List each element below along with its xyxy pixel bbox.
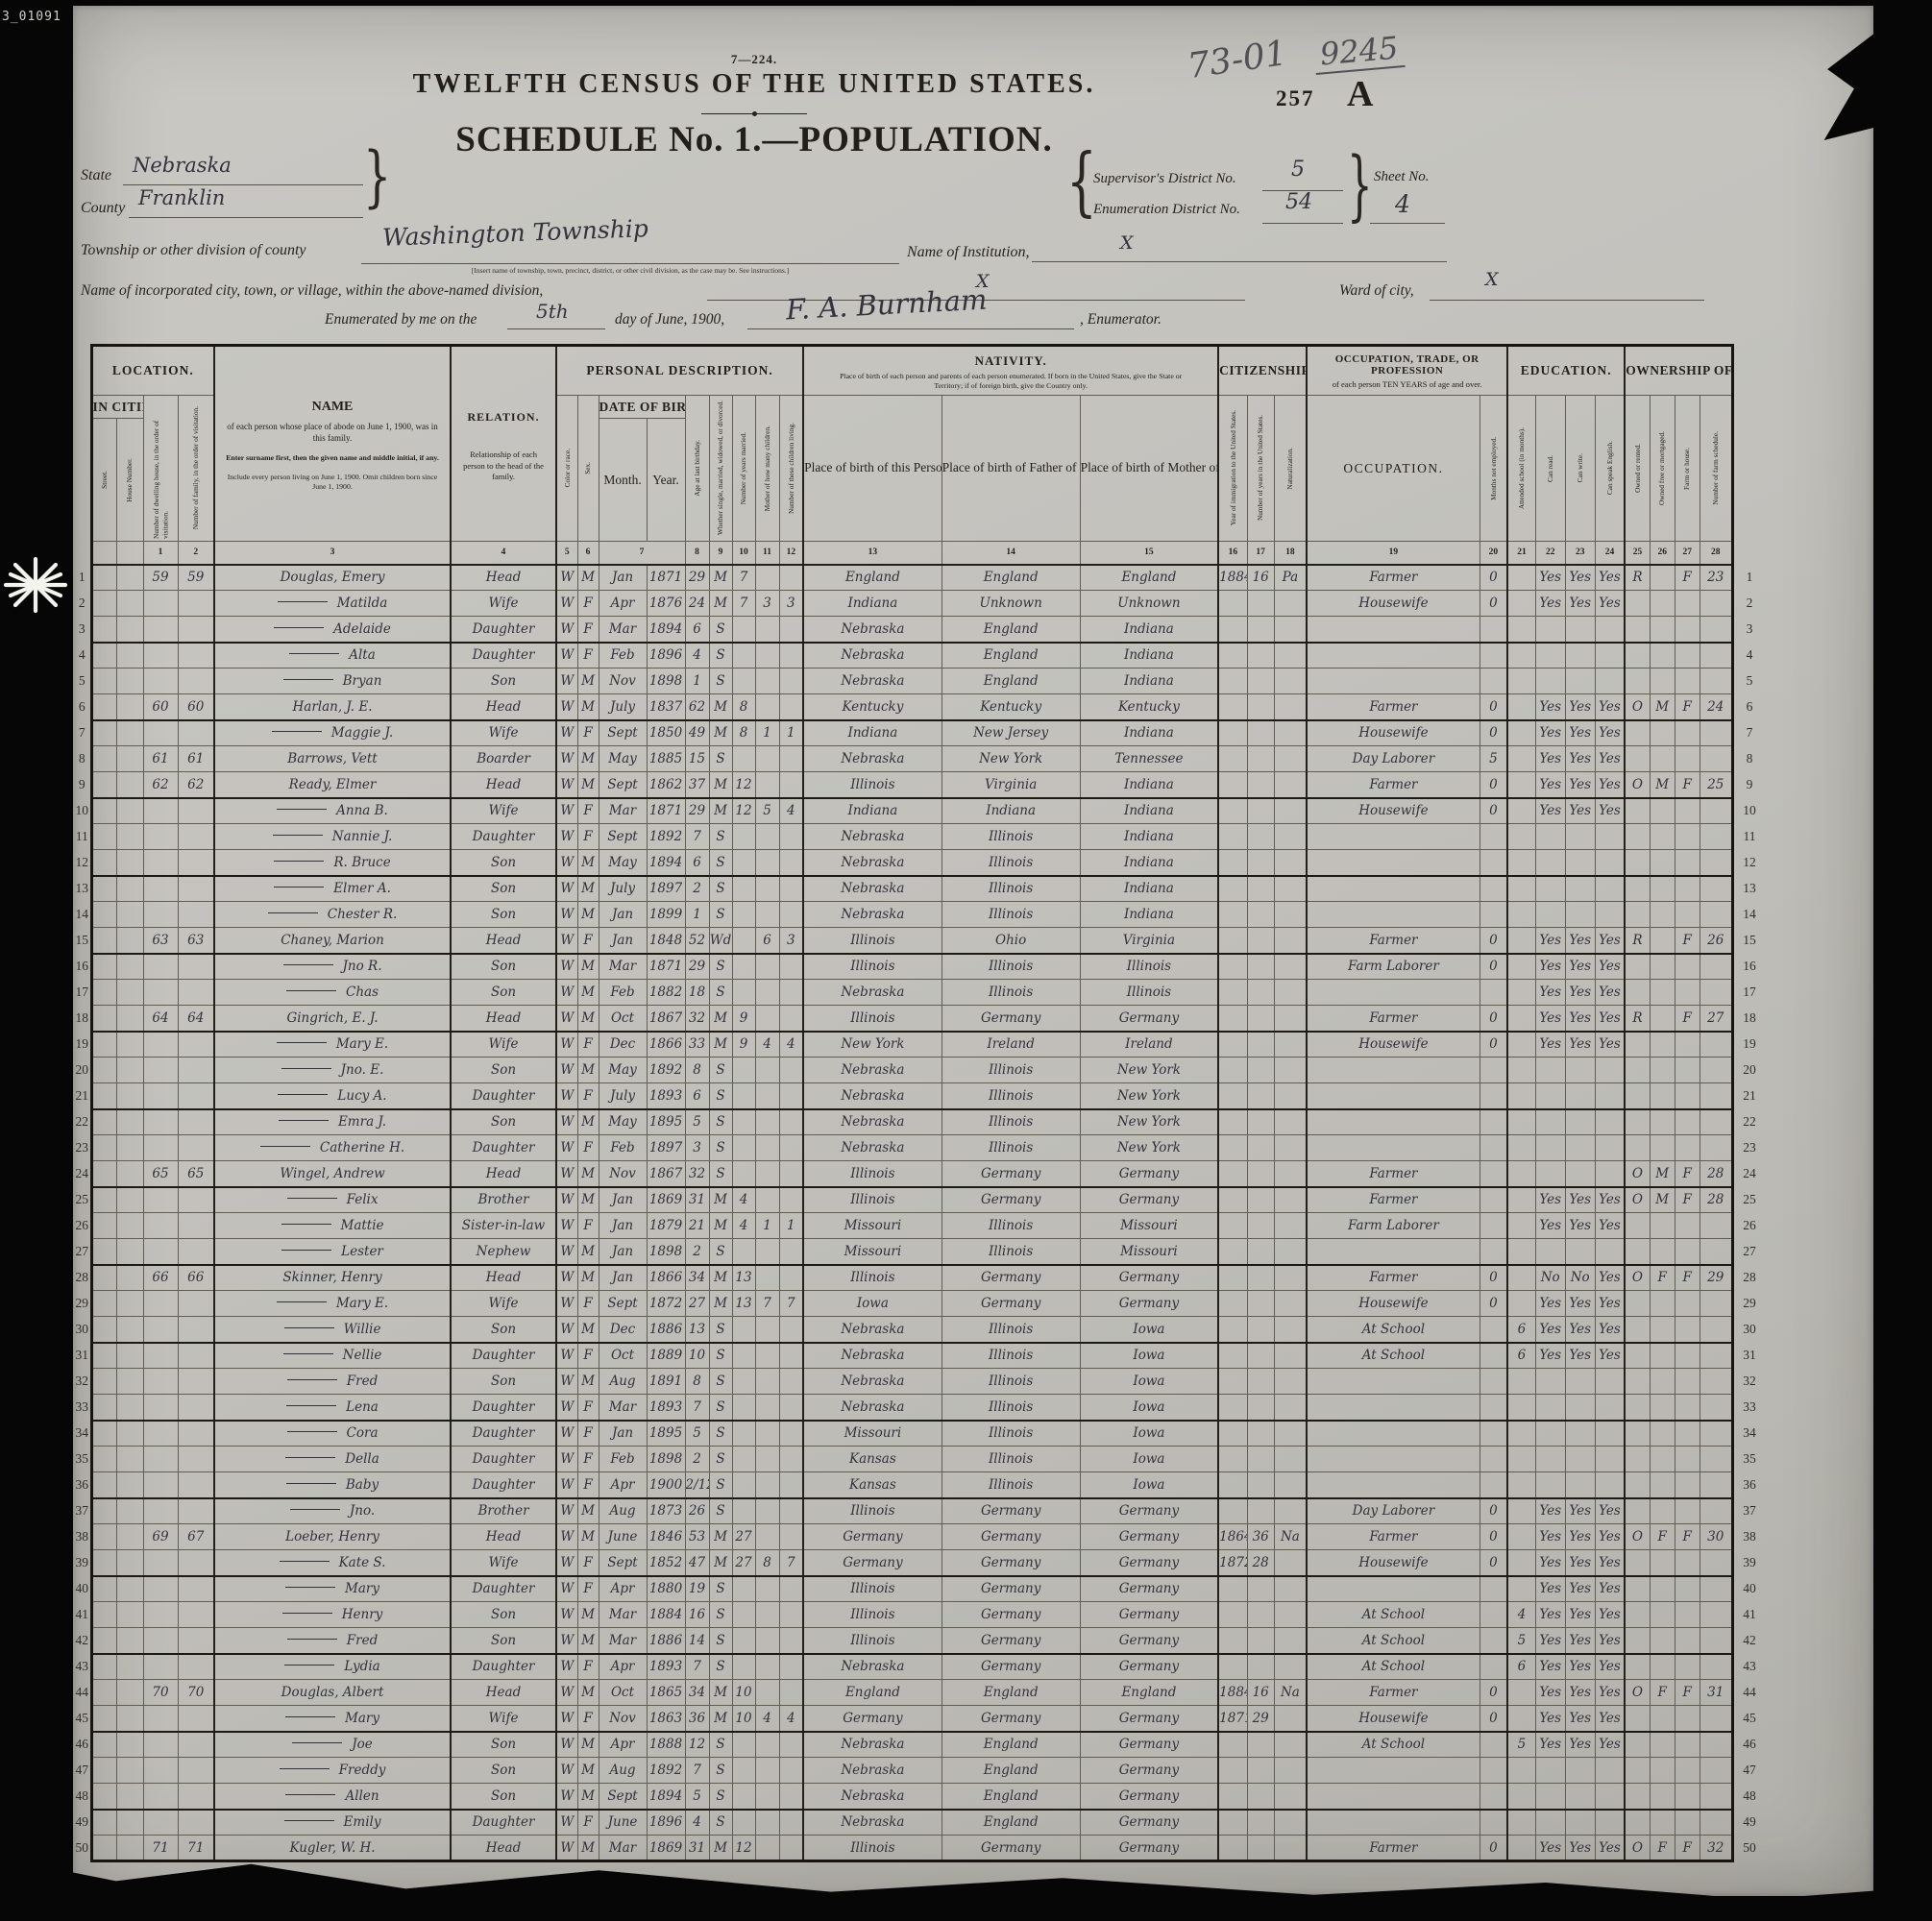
cell-wr bbox=[1565, 876, 1595, 902]
city-label: Name of incorporated city, town, or vill… bbox=[81, 282, 543, 300]
col-header-farm-schedule: Number of farm schedule. bbox=[1700, 396, 1732, 542]
sheet-line bbox=[1370, 223, 1445, 224]
cell-house bbox=[116, 1369, 143, 1395]
cell-mort: F bbox=[1650, 1680, 1675, 1706]
cell-iy bbox=[1218, 1213, 1247, 1239]
cell-ym bbox=[732, 824, 755, 850]
cell-own bbox=[1625, 1758, 1650, 1784]
cell-name: Baby bbox=[214, 1472, 451, 1498]
cell-mort bbox=[1650, 1083, 1675, 1109]
cell-fs bbox=[1700, 1447, 1732, 1472]
cell-pm: Tennessee bbox=[1080, 746, 1218, 772]
cell-yu bbox=[1247, 1472, 1274, 1498]
cell-mo: Mar bbox=[599, 1602, 647, 1628]
cell-mo: Sept bbox=[599, 720, 647, 746]
cell-sc bbox=[1507, 746, 1535, 772]
cell-house bbox=[116, 1265, 143, 1291]
cell-pf: Illinois bbox=[942, 1472, 1080, 1498]
cell-cl bbox=[779, 980, 803, 1006]
cell-street bbox=[91, 1576, 116, 1602]
cell-rd: Yes bbox=[1535, 720, 1565, 746]
cell-c: W bbox=[556, 1550, 577, 1576]
cell-f: 61 bbox=[178, 746, 214, 772]
cell-d bbox=[143, 1810, 178, 1836]
cell-yu bbox=[1247, 980, 1274, 1006]
cell-rel: Son bbox=[451, 850, 556, 876]
cell-cl bbox=[779, 1784, 803, 1810]
cell-yr: 1889 bbox=[647, 1343, 685, 1369]
census-table: LOCATION. NAME of each person whose plac… bbox=[74, 344, 1765, 1862]
cell-yu bbox=[1247, 1213, 1274, 1239]
cell-oc bbox=[1307, 643, 1480, 669]
cell-f bbox=[178, 591, 214, 617]
cell-own: O bbox=[1625, 1836, 1650, 1861]
cell-fs: 24 bbox=[1700, 694, 1732, 720]
table-row: 41HenrySonWMMar188416SIllinoisGermanyGer… bbox=[74, 1602, 1765, 1628]
name-title: NAME bbox=[215, 400, 450, 415]
line-number-right: 26 bbox=[1732, 1213, 1765, 1239]
cell-wr: Yes bbox=[1565, 1006, 1595, 1032]
cell-fs bbox=[1700, 1732, 1732, 1758]
cell-f bbox=[178, 1395, 214, 1421]
cell-cl bbox=[779, 1343, 803, 1369]
cell-cl bbox=[779, 1109, 803, 1135]
cell-own bbox=[1625, 1135, 1650, 1161]
cell-fh: F bbox=[1675, 1006, 1700, 1032]
group-education: EDUCATION. bbox=[1507, 346, 1625, 396]
cell-c: W bbox=[556, 591, 577, 617]
cell-name: Douglas, Albert bbox=[214, 1680, 451, 1706]
line-number-left: 49 bbox=[74, 1810, 91, 1836]
cell-f bbox=[178, 798, 214, 824]
cell-rd bbox=[1535, 902, 1565, 928]
line-number-right: 41 bbox=[1732, 1602, 1765, 1628]
cell-ym: 9 bbox=[732, 1006, 755, 1032]
table-row: 186464Gingrich, E. J.HeadWMOct186732M9Il… bbox=[74, 1006, 1765, 1032]
cell-mo: Feb bbox=[599, 980, 647, 1006]
cell-oc: Farmer bbox=[1307, 1836, 1480, 1861]
cell-f bbox=[178, 1317, 214, 1343]
cell-sc bbox=[1507, 1187, 1535, 1213]
cell-name: Mary E. bbox=[214, 1032, 451, 1058]
cell-iy bbox=[1218, 1291, 1247, 1317]
cell-rd bbox=[1535, 824, 1565, 850]
cell-rel: Daughter bbox=[451, 617, 556, 643]
cell-pf: Illinois bbox=[942, 876, 1080, 902]
col-header-school: Attended school (in months). bbox=[1507, 396, 1535, 542]
cell-yu bbox=[1247, 1109, 1274, 1135]
cell-s: M bbox=[577, 850, 599, 876]
cell-m: S bbox=[709, 1732, 732, 1758]
cell-age: 6 bbox=[685, 617, 709, 643]
cell-en: Yes bbox=[1595, 565, 1625, 591]
cell-wr: Yes bbox=[1565, 694, 1595, 720]
cell-en bbox=[1595, 1758, 1625, 1784]
cell-house bbox=[116, 1395, 143, 1421]
cell-rd: Yes bbox=[1535, 1706, 1565, 1732]
cell-sc bbox=[1507, 1083, 1535, 1109]
cell-mc bbox=[755, 1421, 779, 1447]
line-number-left: 37 bbox=[74, 1498, 91, 1524]
cell-sc bbox=[1507, 1213, 1535, 1239]
cell-ym bbox=[732, 1058, 755, 1083]
cell-street bbox=[91, 1032, 116, 1058]
cell-fh bbox=[1675, 1213, 1700, 1239]
cell-c: W bbox=[556, 850, 577, 876]
line-number-left: 12 bbox=[74, 850, 91, 876]
cell-rel: Head bbox=[451, 1680, 556, 1706]
gutter-right-header bbox=[1732, 346, 1765, 565]
cell-age: 3 bbox=[685, 1135, 709, 1161]
cell-f bbox=[178, 980, 214, 1006]
line-number-right: 13 bbox=[1732, 876, 1765, 902]
cell-fs: 29 bbox=[1700, 1265, 1732, 1291]
table-row: 447070Douglas, AlbertHeadWMOct186534M10E… bbox=[74, 1680, 1765, 1706]
cell-street bbox=[91, 1498, 116, 1524]
line-number-left: 14 bbox=[74, 902, 91, 928]
cell-oc: Housewife bbox=[1307, 798, 1480, 824]
cell-fh bbox=[1675, 1810, 1700, 1836]
cell-yu: 16 bbox=[1247, 1680, 1274, 1706]
cell-d bbox=[143, 1083, 178, 1109]
cell-mo: May bbox=[599, 746, 647, 772]
cell-fh bbox=[1675, 1135, 1700, 1161]
cell-m: S bbox=[709, 1369, 732, 1395]
cell-age: 5 bbox=[685, 1109, 709, 1135]
colnum-19: 19 bbox=[1307, 542, 1480, 565]
cell-en: Yes bbox=[1595, 1706, 1625, 1732]
cell-cl bbox=[779, 824, 803, 850]
cell-wr bbox=[1565, 824, 1595, 850]
cell-pb: Illinois bbox=[803, 1498, 942, 1524]
cell-rel: Boarder bbox=[451, 746, 556, 772]
cell-mort bbox=[1650, 1135, 1675, 1161]
cell-mu: 0 bbox=[1480, 1265, 1507, 1291]
cell-name: R. Bruce bbox=[214, 850, 451, 876]
cell-house bbox=[116, 1576, 143, 1602]
cell-pf: Ireland bbox=[942, 1032, 1080, 1058]
cell-name: Mattie bbox=[214, 1213, 451, 1239]
cell-iy bbox=[1218, 643, 1247, 669]
cell-na bbox=[1274, 1058, 1307, 1083]
line-number-right: 46 bbox=[1732, 1732, 1765, 1758]
cell-cl bbox=[779, 902, 803, 928]
sheet-value: 4 bbox=[1395, 190, 1410, 218]
cell-yu: 29 bbox=[1247, 1706, 1274, 1732]
cell-rel: Brother bbox=[451, 1498, 556, 1524]
cell-s: F bbox=[577, 1343, 599, 1369]
colnum-17: 17 bbox=[1247, 542, 1274, 565]
cell-en: Yes bbox=[1595, 1602, 1625, 1628]
cell-cl bbox=[779, 1758, 803, 1784]
line-number-left: 48 bbox=[74, 1784, 91, 1810]
cell-d: 60 bbox=[143, 694, 178, 720]
cell-d: 66 bbox=[143, 1265, 178, 1291]
cell-na bbox=[1274, 720, 1307, 746]
cell-mu bbox=[1480, 1758, 1507, 1784]
cell-pm: Iowa bbox=[1080, 1395, 1218, 1421]
cell-fs bbox=[1700, 1784, 1732, 1810]
cell-mc bbox=[755, 746, 779, 772]
cell-mort bbox=[1650, 565, 1675, 591]
cell-mo: Mar bbox=[599, 617, 647, 643]
cell-iy: 1871 bbox=[1218, 1706, 1247, 1732]
cell-pf: Illinois bbox=[942, 1369, 1080, 1395]
cell-na bbox=[1274, 591, 1307, 617]
cell-fs bbox=[1700, 1109, 1732, 1135]
group-relation: RELATION. Relationship of each person to… bbox=[451, 346, 556, 542]
name-desc1: of each person whose place of abode on J… bbox=[223, 421, 442, 444]
cell-pf: Ohio bbox=[942, 928, 1080, 954]
cell-yr: 1865 bbox=[647, 1680, 685, 1706]
cell-house bbox=[116, 1706, 143, 1732]
cell-f bbox=[178, 1810, 214, 1836]
cell-ym: 10 bbox=[732, 1706, 755, 1732]
colnum-22: 22 bbox=[1535, 542, 1565, 565]
cell-yu bbox=[1247, 1395, 1274, 1421]
cell-mort bbox=[1650, 1628, 1675, 1654]
cell-d bbox=[143, 902, 178, 928]
ditto-mark bbox=[283, 964, 333, 965]
cell-na: Pa bbox=[1274, 565, 1307, 591]
cell-yr: 1893 bbox=[647, 1654, 685, 1680]
cell-f bbox=[178, 1109, 214, 1135]
cell-mort bbox=[1650, 1109, 1675, 1135]
cell-street bbox=[91, 1395, 116, 1421]
cell-mc bbox=[755, 876, 779, 902]
cell-mo: Nov bbox=[599, 1161, 647, 1187]
cell-f bbox=[178, 1058, 214, 1083]
cell-mu bbox=[1480, 1732, 1507, 1758]
cell-cl bbox=[779, 1317, 803, 1343]
cell-ym bbox=[732, 1654, 755, 1680]
cell-house bbox=[116, 954, 143, 980]
cell-cl: 4 bbox=[779, 1032, 803, 1058]
cell-fs: 32 bbox=[1700, 1836, 1732, 1861]
cell-pb: Nebraska bbox=[803, 1135, 942, 1161]
cell-yr: 1891 bbox=[647, 1369, 685, 1395]
cell-d bbox=[143, 669, 178, 694]
cell-age: 8 bbox=[685, 1369, 709, 1395]
sheet-letter: A bbox=[1347, 73, 1373, 115]
cell-pf: Germany bbox=[942, 1576, 1080, 1602]
cell-pf: Germany bbox=[942, 1836, 1080, 1861]
cell-yu bbox=[1247, 1628, 1274, 1654]
cell-mort bbox=[1650, 798, 1675, 824]
cell-pm: Germany bbox=[1080, 1576, 1218, 1602]
cell-mc bbox=[755, 1447, 779, 1472]
cell-name: Lester bbox=[214, 1239, 451, 1265]
cell-mc bbox=[755, 1732, 779, 1758]
cell-mu: 0 bbox=[1480, 798, 1507, 824]
cell-yu: 28 bbox=[1247, 1550, 1274, 1576]
cell-pb: Illinois bbox=[803, 954, 942, 980]
cell-cl bbox=[779, 1732, 803, 1758]
cell-ym: 7 bbox=[732, 591, 755, 617]
cell-own: O bbox=[1625, 1187, 1650, 1213]
cell-iy bbox=[1218, 1628, 1247, 1654]
cell-yr: 1894 bbox=[647, 1784, 685, 1810]
cell-na bbox=[1274, 954, 1307, 980]
cell-own bbox=[1625, 954, 1650, 980]
cell-oc bbox=[1307, 1135, 1480, 1161]
cell-mo: Mar bbox=[599, 1395, 647, 1421]
cell-rd bbox=[1535, 1784, 1565, 1810]
col-header-dwelling: Number of dwelling house, in the order o… bbox=[143, 396, 178, 542]
cell-mu: 0 bbox=[1480, 1032, 1507, 1058]
cell-yu bbox=[1247, 669, 1274, 694]
cell-mu: 0 bbox=[1480, 591, 1507, 617]
line-number-right: 20 bbox=[1732, 1058, 1765, 1083]
cell-house bbox=[116, 1421, 143, 1447]
line-number-left: 24 bbox=[74, 1161, 91, 1187]
cell-pb: New York bbox=[803, 1032, 942, 1058]
cell-own bbox=[1625, 591, 1650, 617]
cell-age: 47 bbox=[685, 1550, 709, 1576]
cell-mu: 0 bbox=[1480, 1550, 1507, 1576]
col-header-occupation: OCCUPATION. bbox=[1307, 396, 1480, 542]
cell-own bbox=[1625, 1732, 1650, 1758]
cell-yr: 1852 bbox=[647, 1550, 685, 1576]
cell-name: Felix bbox=[214, 1187, 451, 1213]
cell-sc bbox=[1507, 617, 1535, 643]
cell-mort bbox=[1650, 1343, 1675, 1369]
cell-sc: 4 bbox=[1507, 1602, 1535, 1628]
cell-fh bbox=[1675, 643, 1700, 669]
enumerator-line bbox=[747, 328, 1074, 329]
cell-pf: Germany bbox=[942, 1602, 1080, 1628]
cell-mo: Apr bbox=[599, 1654, 647, 1680]
cell-rel: Son bbox=[451, 876, 556, 902]
cell-m: S bbox=[709, 1784, 732, 1810]
cell-cl bbox=[779, 1135, 803, 1161]
ditto-mark bbox=[277, 809, 327, 810]
cell-rd: Yes bbox=[1535, 1032, 1565, 1058]
col-header-english: Can speak English. bbox=[1595, 396, 1625, 542]
cell-iy bbox=[1218, 798, 1247, 824]
cell-rel: Daughter bbox=[451, 1447, 556, 1472]
cell-d: 70 bbox=[143, 1680, 178, 1706]
cell-en: Yes bbox=[1595, 1654, 1625, 1680]
cell-mo: June bbox=[599, 1810, 647, 1836]
colnum-street bbox=[91, 542, 116, 565]
cell-cl: 1 bbox=[779, 1213, 803, 1239]
cell-mort bbox=[1650, 1654, 1675, 1680]
line-number-right: 9 bbox=[1732, 772, 1765, 798]
cell-mort bbox=[1650, 643, 1675, 669]
cell-wr bbox=[1565, 617, 1595, 643]
cell-m: S bbox=[709, 902, 732, 928]
cell-wr bbox=[1565, 1109, 1595, 1135]
cell-c: W bbox=[556, 643, 577, 669]
cell-own: O bbox=[1625, 1524, 1650, 1550]
cell-house bbox=[116, 902, 143, 928]
cell-age: 31 bbox=[685, 1836, 709, 1861]
cell-name: Emra J. bbox=[214, 1109, 451, 1135]
cell-street bbox=[91, 1706, 116, 1732]
cell-mc bbox=[755, 1161, 779, 1187]
cell-yr: 1882 bbox=[647, 980, 685, 1006]
cell-f bbox=[178, 1135, 214, 1161]
cell-street bbox=[91, 1602, 116, 1628]
col-header-years-married: Number of years married. bbox=[732, 396, 755, 542]
cell-iy bbox=[1218, 1758, 1247, 1784]
cell-cl: 7 bbox=[779, 1291, 803, 1317]
cell-wr bbox=[1565, 1161, 1595, 1187]
table-row: 45MaryWifeWFNov186336M1044GermanyGermany… bbox=[74, 1706, 1765, 1732]
cell-mu: 0 bbox=[1480, 1680, 1507, 1706]
cell-pm: Iowa bbox=[1080, 1472, 1218, 1498]
cell-f bbox=[178, 1472, 214, 1498]
cell-yu bbox=[1247, 1265, 1274, 1291]
ditto-mark bbox=[278, 1094, 328, 1095]
cell-own bbox=[1625, 617, 1650, 643]
cell-mort bbox=[1650, 1706, 1675, 1732]
cell-ym: 13 bbox=[732, 1265, 755, 1291]
cell-yr: 1866 bbox=[647, 1265, 685, 1291]
cell-iy bbox=[1218, 1006, 1247, 1032]
cell-fh bbox=[1675, 1472, 1700, 1498]
table-row: 33LenaDaughterWFMar18937SNebraskaIllinoi… bbox=[74, 1395, 1765, 1421]
cell-iy bbox=[1218, 720, 1247, 746]
cell-iy bbox=[1218, 928, 1247, 954]
cell-rd: Yes bbox=[1535, 1654, 1565, 1680]
cell-iy bbox=[1218, 694, 1247, 720]
cell-fh bbox=[1675, 850, 1700, 876]
cell-street bbox=[91, 1369, 116, 1395]
cell-yu bbox=[1247, 1239, 1274, 1265]
cell-rd: Yes bbox=[1535, 1187, 1565, 1213]
cell-own bbox=[1625, 1576, 1650, 1602]
cell-mort: M bbox=[1650, 1187, 1675, 1213]
cell-oc: Day Laborer bbox=[1307, 1498, 1480, 1524]
cell-d bbox=[143, 1447, 178, 1472]
cell-street bbox=[91, 1291, 116, 1317]
cell-sc bbox=[1507, 1421, 1535, 1447]
cell-oc bbox=[1307, 1109, 1480, 1135]
line-number-left: 10 bbox=[74, 798, 91, 824]
cell-wr bbox=[1565, 1784, 1595, 1810]
cell-wr: Yes bbox=[1565, 1213, 1595, 1239]
cell-name: Barrows, Vett bbox=[214, 746, 451, 772]
line-number-left: 20 bbox=[74, 1058, 91, 1083]
cell-mort: F bbox=[1650, 1524, 1675, 1550]
cell-street bbox=[91, 1524, 116, 1550]
cell-pm: Germany bbox=[1080, 1602, 1218, 1628]
cell-f bbox=[178, 1732, 214, 1758]
cell-pf: England bbox=[942, 669, 1080, 694]
cell-wr: Yes bbox=[1565, 1032, 1595, 1058]
cell-na bbox=[1274, 1836, 1307, 1861]
cell-en bbox=[1595, 1395, 1625, 1421]
cell-en bbox=[1595, 617, 1625, 643]
supervisor-label: Supervisor's District No. bbox=[1093, 171, 1236, 187]
cell-pf: Kentucky bbox=[942, 694, 1080, 720]
cell-mc bbox=[755, 1524, 779, 1550]
cell-sc bbox=[1507, 669, 1535, 694]
cell-fs bbox=[1700, 1654, 1732, 1680]
cell-yr: 1896 bbox=[647, 643, 685, 669]
cell-mc bbox=[755, 1187, 779, 1213]
cell-rel: Head bbox=[451, 565, 556, 591]
cell-na bbox=[1274, 1239, 1307, 1265]
cell-yu bbox=[1247, 617, 1274, 643]
table-row: 4AltaDaughterWFFeb18964SNebraskaEnglandI… bbox=[74, 643, 1765, 669]
cell-pf: Unknown bbox=[942, 591, 1080, 617]
line-number-left: 28 bbox=[74, 1265, 91, 1291]
cell-pm: Illinois bbox=[1080, 980, 1218, 1006]
cell-d bbox=[143, 1135, 178, 1161]
